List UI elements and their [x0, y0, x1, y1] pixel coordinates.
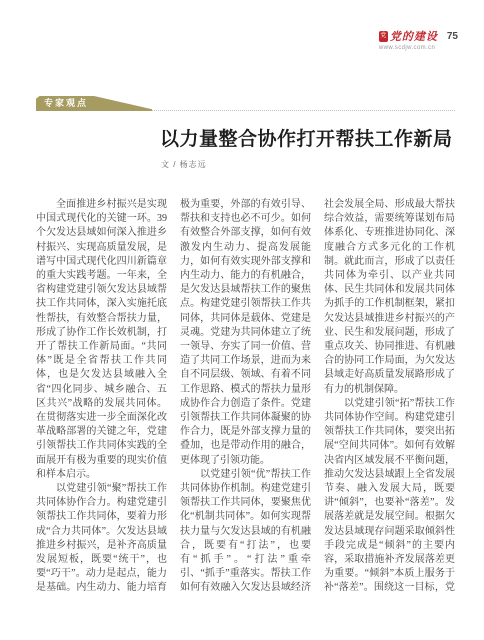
- magazine-logo: 党 党的建设 www.scdjw.com.cn: [379, 28, 438, 51]
- article-body: 全面推进乡村振兴是实现中国式现代化的关键一环。39个欠发达县域如何深入推进乡村振…: [36, 198, 455, 600]
- article-title: 以力量整合协作打开帮扶工作新局: [160, 124, 460, 151]
- page-number: 75: [447, 31, 458, 42]
- article-byline: 文 / 杨志远: [161, 159, 207, 170]
- paragraph-1: 全面推进乡村振兴是实现中国式现代化的关键一环。39个欠发达县域如何深入推进乡村振…: [36, 198, 167, 482]
- magazine-page: 党 党的建设 www.scdjw.com.cn 75 专家观点 以力量整合协作打…: [0, 0, 484, 640]
- page-header: 党 党的建设 www.scdjw.com.cn 75: [379, 28, 458, 51]
- red-seal-icon: 党: [379, 31, 388, 42]
- section-tag: 专家观点: [36, 96, 152, 111]
- section-tag-label: 专家观点: [36, 96, 152, 111]
- magazine-name: 党的建设: [390, 28, 438, 44]
- magazine-website: www.scdjw.com.cn: [379, 45, 435, 51]
